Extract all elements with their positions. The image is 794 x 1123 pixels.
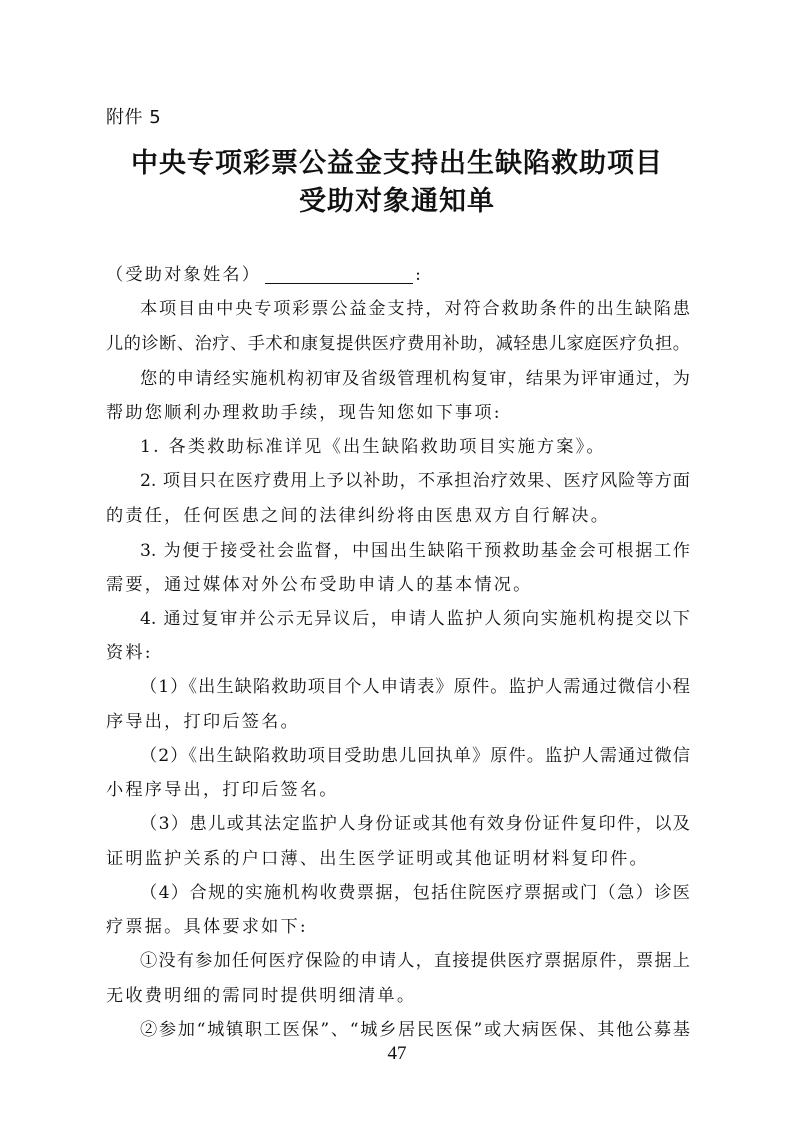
page-number: 47: [0, 1043, 794, 1065]
sub-item-continuation: 序导出，打印后签名。: [106, 711, 690, 733]
salutation-line: （受助对象姓名）:: [106, 264, 690, 286]
list-item-continuation: 的责任，任何医患之间的法律纠纷将由医患双方自行解决。: [106, 505, 690, 527]
list-item: 2. 项目只在医疗费用上予以补助，不承担治疗效果、医疗风险等方面: [140, 470, 690, 492]
salutation-colon: :: [415, 265, 423, 285]
list-item: 1. 各类救助标准详见《出生缺陷救助项目实施方案》。: [140, 436, 690, 458]
list-item-continuation: 资料:: [106, 642, 690, 664]
sub-item-continuation: 证明监护关系的户口薄、出生医学证明或其他证明材料复印件。: [106, 848, 690, 870]
paragraph-line: 您的申请经实施机构初审及省级管理机构复审，结果为评审通过，为: [140, 368, 690, 390]
requirement-item-continuation: 无收费明细的需同时提供明细清单。: [106, 985, 690, 1007]
requirement-item: ①没有参加任何医疗保险的申请人，直接提供医疗票据原件，票据上: [140, 950, 690, 972]
sub-item: （3）患儿或其法定监护人身份证或其他有效身份证件复印件，以及: [140, 813, 690, 835]
document-page: 附件 5 中央专项彩票公益金支持出生缺陷救助项目 受助对象通知单 （受助对象姓名…: [0, 0, 794, 1123]
list-item-continuation: 需要，通过媒体对外公布受助申请人的基本情况。: [106, 574, 690, 596]
paragraph-line: 帮助您顺利办理救助手续，现告知您如下事项:: [106, 402, 690, 424]
salutation-prefix: （受助对象姓名）: [106, 265, 261, 285]
sub-item-continuation: 疗票据。具体要求如下:: [106, 916, 690, 938]
sub-item: （2）《出生缺陷救助项目受助患儿回执单》原件。监护人需通过微信: [140, 745, 690, 767]
paragraph-line: 本项目由中央专项彩票公益金支持，对符合救助条件的出生缺陷患: [140, 298, 690, 320]
paragraph-line: 儿的诊断、治疗、手术和康复提供医疗费用补助，减轻患儿家庭医疗负担。: [106, 333, 690, 355]
requirement-item: ②参加“城镇职工医保”、“城乡居民医保”或大病医保、其他公募基: [140, 1019, 690, 1041]
sub-item-continuation: 小程序导出，打印后签名。: [106, 779, 690, 801]
list-item: 3. 为便于接受社会监督，中国出生缺陷干预救助基金会可根据工作: [140, 540, 690, 562]
document-title-line2: 受助对象通知单: [0, 179, 794, 218]
attachment-label: 附件 5: [106, 103, 161, 129]
sub-item: （4）合规的实施机构收费票据，包括住院医疗票据或门（急）诊医: [140, 882, 690, 904]
recipient-name-blank[interactable]: [265, 265, 413, 284]
sub-item: （1）《出生缺陷救助项目个人申请表》原件。监护人需通过微信小程: [140, 676, 690, 698]
list-item: 4. 通过复审并公示无异议后，申请人监护人须向实施机构提交以下: [140, 608, 690, 630]
document-title-line1: 中央专项彩票公益金支持出生缺陷救助项目: [0, 141, 794, 180]
